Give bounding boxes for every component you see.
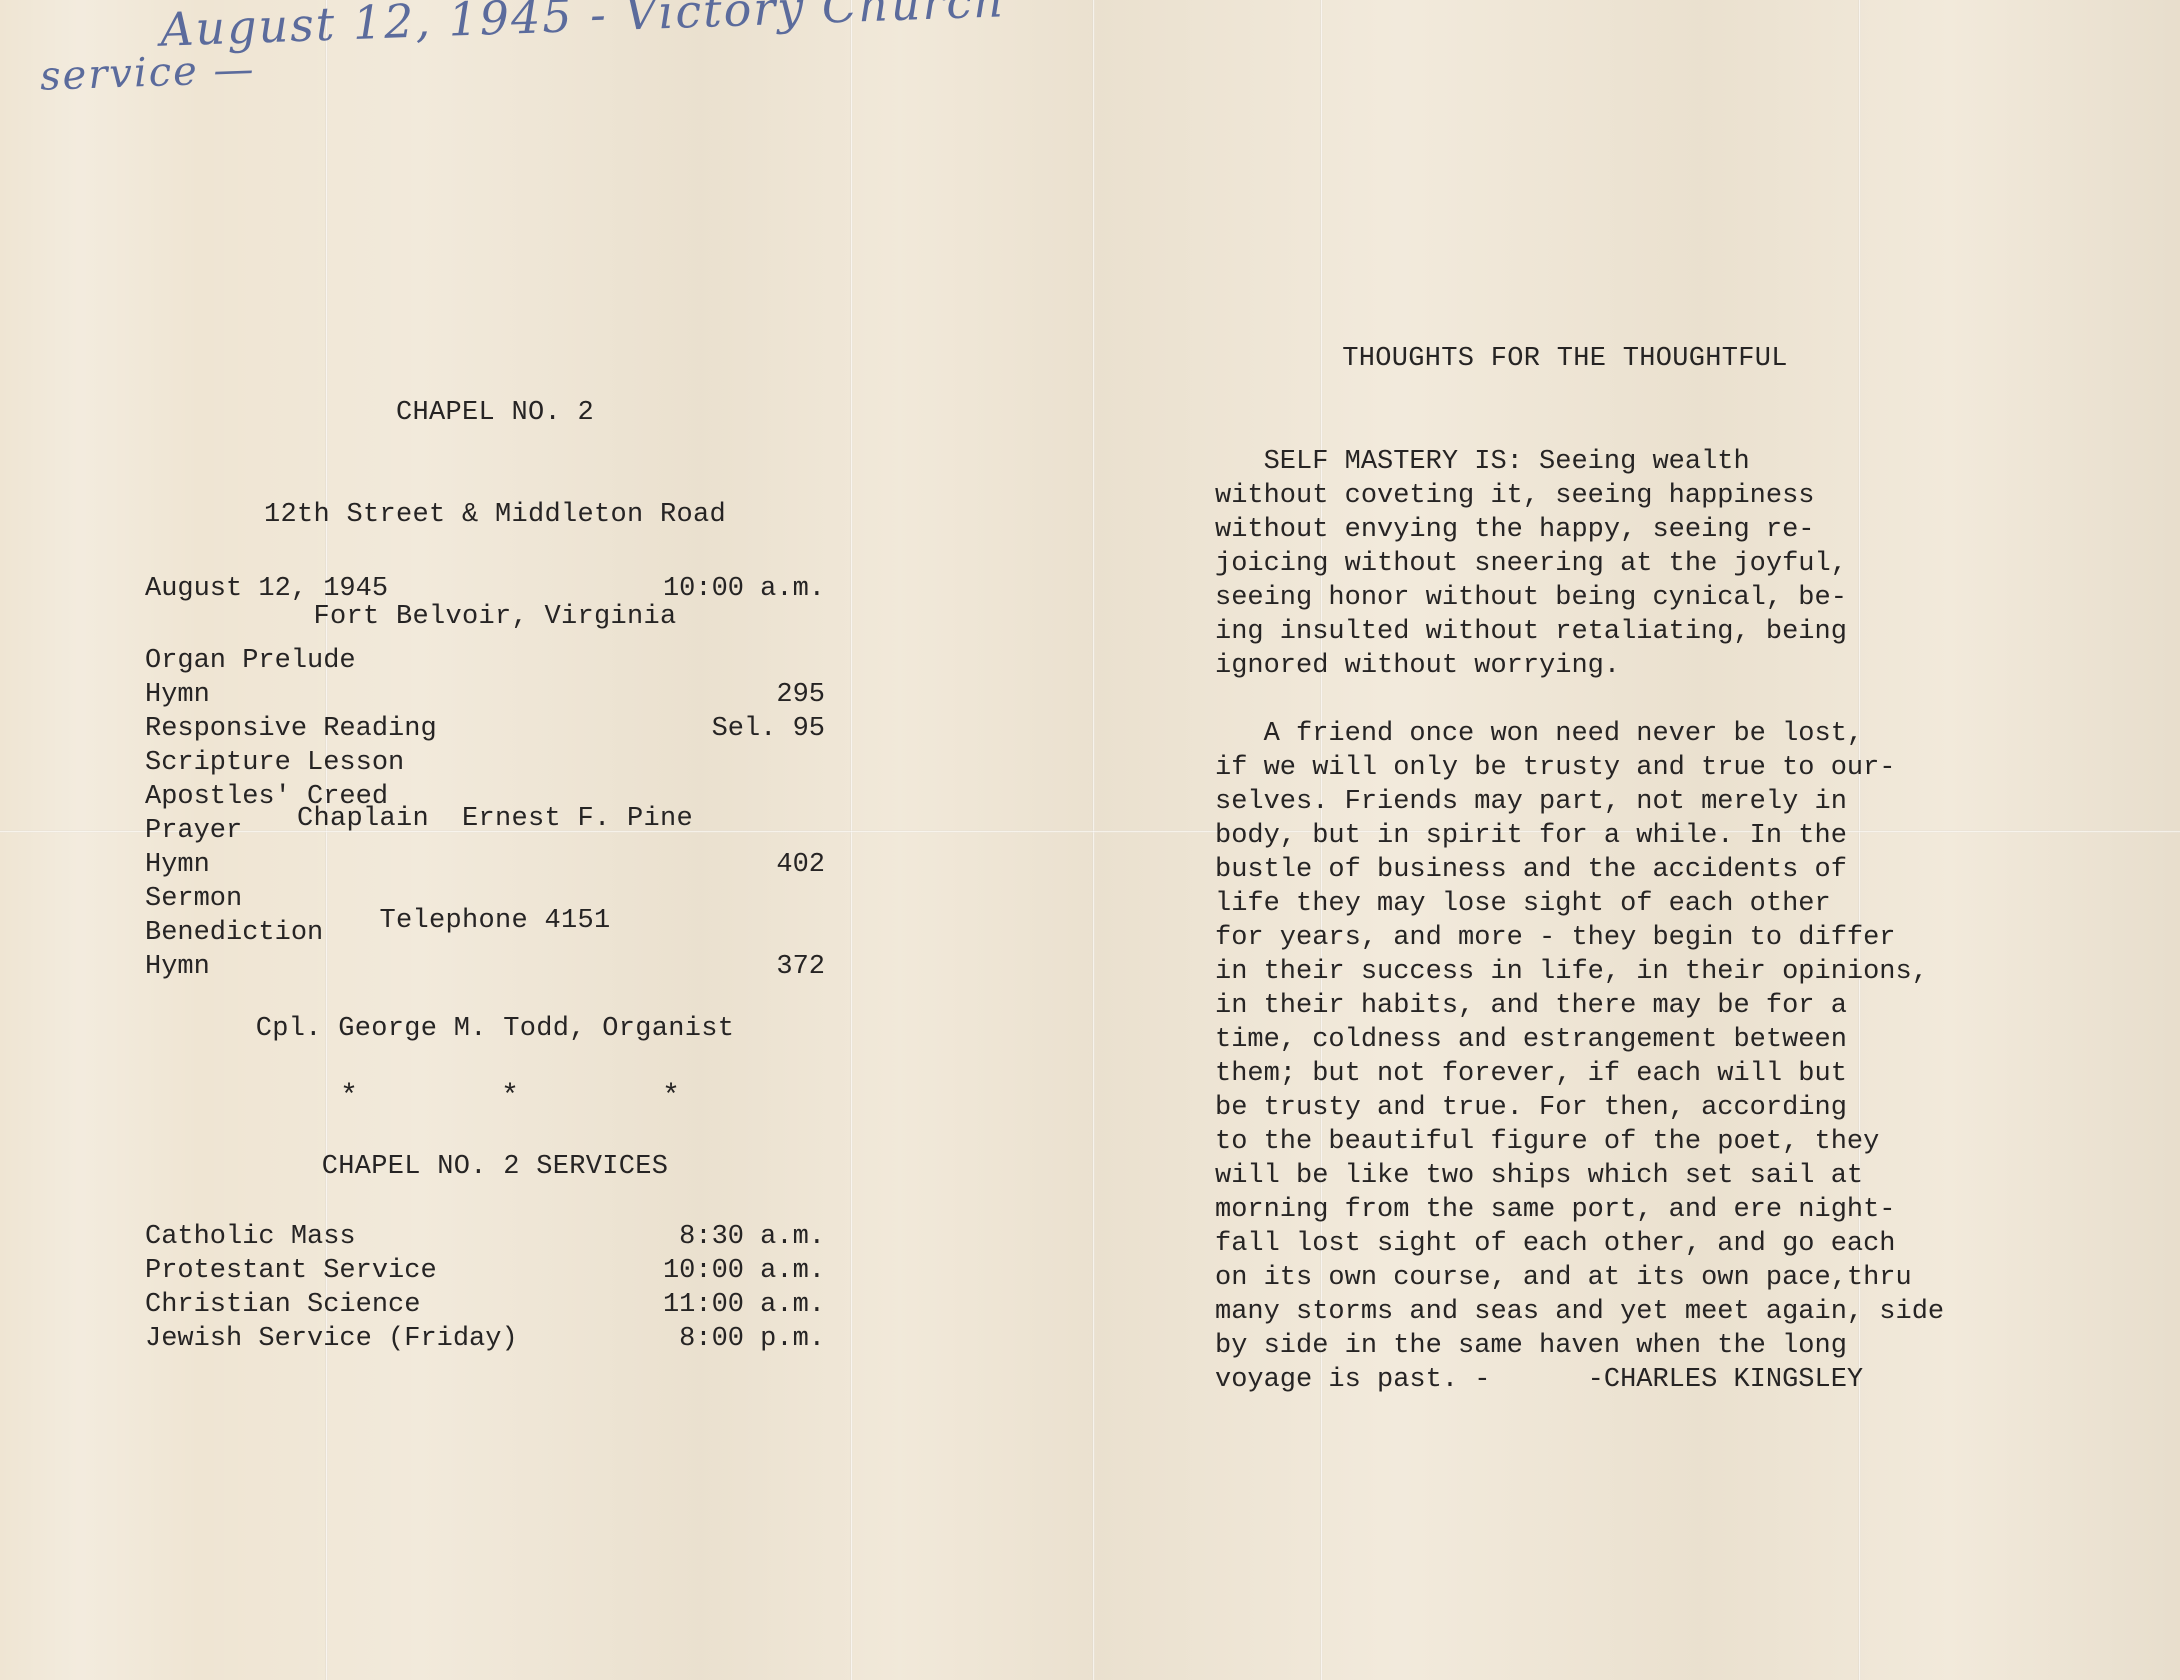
thoughts-title: THOUGHTS FOR THE THOUGHTFUL [1215,342,1915,376]
chapel-address: 12th Street & Middleton Road [145,498,845,532]
order-item-ref: 402 [776,848,825,882]
order-item-label: Hymn [145,678,210,712]
service-row: Jewish Service (Friday)8:00 p.m. [145,1322,825,1356]
self-mastery-paragraph: SELF MASTERY IS: Seeing wealth without c… [1215,445,1995,683]
order-item: Hymn402 [145,848,825,882]
service-time: 10:00 a.m. [663,1254,825,1288]
service-row: Protestant Service10:00 a.m. [145,1254,825,1288]
service-time: 8:30 a.m. [679,1220,825,1254]
order-item-label: Prayer [145,814,242,848]
order-item-label: Scripture Lesson [145,746,404,780]
service-row: Christian Science11:00 a.m. [145,1288,825,1322]
organist-credit: Cpl. George M. Todd, Organist [145,1012,845,1046]
service-name: Jewish Service (Friday) [145,1322,518,1356]
service-time: 10:00 a.m. [663,572,825,606]
service-time: 8:00 p.m. [679,1322,825,1356]
order-item: Scripture Lesson [145,746,825,780]
order-item: Benediction [145,916,825,950]
order-item: Organ Prelude [145,644,825,678]
services-title: CHAPEL NO. 2 SERVICES [145,1150,845,1184]
star-icon: * [662,1080,680,1114]
order-item-label: Sermon [145,882,242,916]
order-item: Sermon [145,882,825,916]
paper-fold [1092,0,1095,1680]
order-item-ref: Sel. 95 [712,712,825,746]
service-date: August 12, 1945 [145,572,388,606]
order-item-label: Apostles' Creed [145,780,388,814]
service-name: Protestant Service [145,1254,437,1288]
chapel-name: CHAPEL NO. 2 [145,396,845,430]
order-item: Responsive ReadingSel. 95 [145,712,825,746]
service-name: Catholic Mass [145,1220,356,1254]
order-item-label: Hymn [145,950,210,984]
services-schedule: Catholic Mass8:30 a.m.Protestant Service… [145,1220,825,1356]
separator-stars: * * * [340,1080,680,1114]
order-item-label: Responsive Reading [145,712,437,746]
order-of-service: Organ PreludeHymn295Responsive ReadingSe… [145,644,825,984]
paper-fold [850,0,853,1680]
order-item: Hymn372 [145,950,825,984]
service-time: 11:00 a.m. [663,1288,825,1322]
order-item-ref: 295 [776,678,825,712]
order-item: Hymn295 [145,678,825,712]
service-row: Catholic Mass8:30 a.m. [145,1220,825,1254]
handwritten-note-line1: August 12, 1945 - Victory Church [159,0,1006,57]
order-item: Apostles' Creed [145,780,825,814]
date-time-row: August 12, 1945 10:00 a.m. [145,572,825,606]
star-icon: * [340,1080,358,1114]
order-item-label: Organ Prelude [145,644,356,678]
order-item: Prayer [145,814,825,848]
thoughts-body: SELF MASTERY IS: Seeing wealth without c… [1215,445,1995,1397]
order-item-ref: 372 [776,950,825,984]
service-name: Christian Science [145,1288,420,1322]
handwritten-note-line2: service — [39,46,256,99]
star-icon: * [501,1080,519,1114]
order-item-label: Benediction [145,916,323,950]
order-item-label: Hymn [145,848,210,882]
kingsley-quote-paragraph: A friend once won need never be lost, if… [1215,717,1995,1397]
